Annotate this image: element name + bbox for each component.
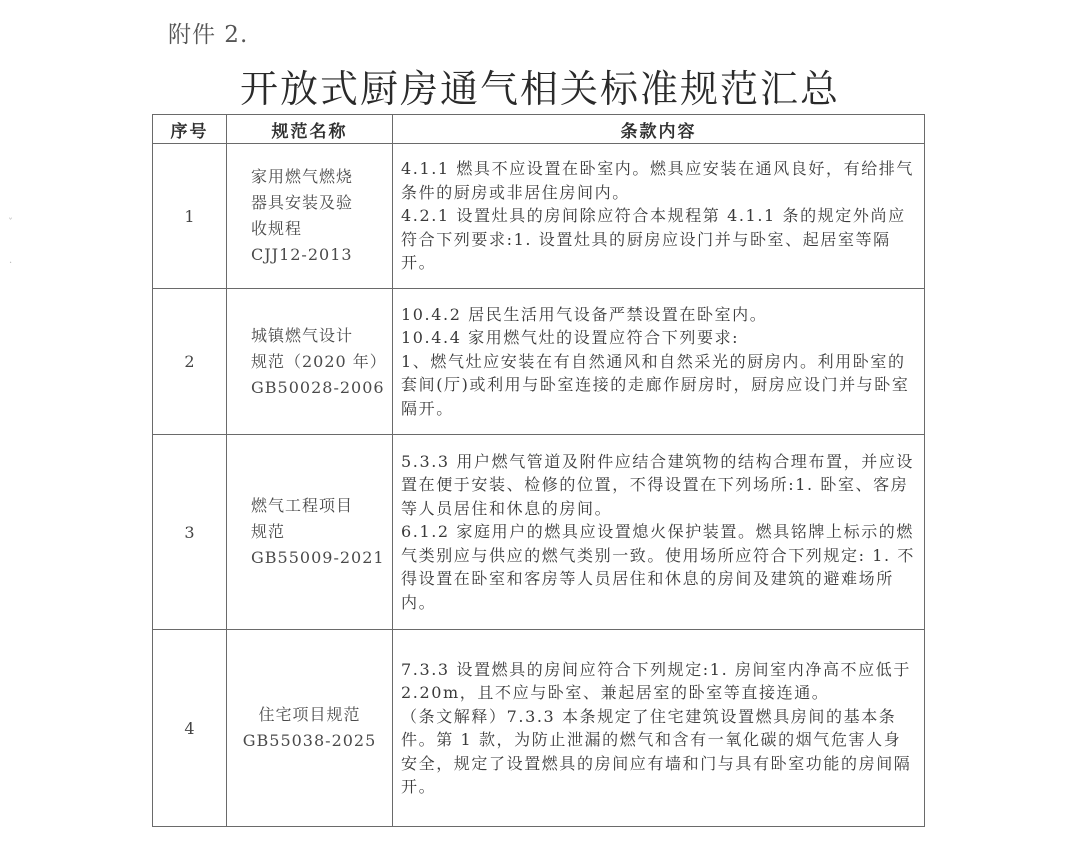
clause-paragraph: 7.3.3 设置燃具的房间应符合下列规定:1. 房间室内净高不应低于 2.20m… [401,658,916,705]
standard-name-cell: 家用燃气燃烧 器具安装及验 收规程 CJJ12-2013 [227,144,393,289]
table-row: 1 家用燃气燃烧 器具安装及验 收规程 CJJ12-2013 4.1.1 燃具不… [153,144,925,289]
standard-code: GB50028-2006 [251,375,386,401]
header-clause-content: 条款内容 [393,115,925,144]
standard-code: CJJ12-2013 [251,242,386,268]
standard-name-cell: 城镇燃气设计 规范（2020 年） GB50028-2006 [227,289,393,435]
table-row: 2 城镇燃气设计 规范（2020 年） GB50028-2006 10.4.2 … [153,289,925,435]
document-title: 开放式厨房通气相关标准规范汇总 [150,58,930,113]
clause-content-cell: 4.1.1 燃具不应设置在卧室内。燃具应安装在通风良好，有给排气条件的厨房或非居… [393,144,925,289]
standard-name-cell: 燃气工程项目 规范 GB55009-2021 [227,435,393,630]
row-number: 2 [153,289,227,435]
clause-paragraph: 4.2.1 设置灶具的房间除应符合本规程第 4.1.1 条的规定外尚应符合下列要… [401,204,916,275]
table-row: 3 燃气工程项目 规范 GB55009-2021 5.3.3 用户燃气管道及附件… [153,435,925,630]
row-number: 1 [153,144,227,289]
standard-name-line: 燃气工程项目 [251,493,386,519]
scan-mark: · [9,258,12,269]
clause-paragraph: 5.3.3 用户燃气管道及附件应结合建筑物的结构合理布置，并应设置在便于安装、检… [401,450,916,521]
standard-name-line: 规范（2020 年） [251,349,386,375]
standard-name-line: 规范 [251,519,386,545]
clause-content-cell: 7.3.3 设置燃具的房间应符合下列规定:1. 房间室内净高不应低于 2.20m… [393,630,925,827]
clause-content-cell: 5.3.3 用户燃气管道及附件应结合建筑物的结构合理布置，并应设置在便于安装、检… [393,435,925,630]
standards-table: 序号 规范名称 条款内容 1 家用燃气燃烧 器具安装及验 收规程 CJJ12-2… [152,114,925,827]
standard-name-line: 住宅项目规范 [227,702,392,728]
clause-paragraph: 1、燃气灶应安装在有自然通风和自然采光的厨房内。利用卧室的套间(厅)或利用与卧室… [401,350,916,421]
header-standard-name: 规范名称 [227,115,393,144]
scan-mark: ˇ [8,218,13,229]
clause-paragraph: 10.4.4 家用燃气灶的设置应符合下列要求: [401,326,916,350]
clause-paragraph: （条文解释）7.3.3 本条规定了住宅建筑设置燃具房间的基本条件。第 1 款，为… [401,705,916,799]
row-number: 3 [153,435,227,630]
standard-code: GB55009-2021 [251,545,386,571]
header-serial-number: 序号 [153,115,227,144]
clause-paragraph: 6.1.2 家庭用户的燃具应设置熄火保护装置。燃具铭牌上标示的燃气类别应与供应的… [401,520,916,614]
standard-name-line: 收规程 [251,216,386,242]
standard-name-line: 家用燃气燃烧 [251,164,386,190]
standard-name-cell: 住宅项目规范 GB55038-2025 [227,630,393,827]
standard-code: GB55038-2025 [227,728,392,754]
standard-name-line: 城镇燃气设计 [251,323,386,349]
clause-paragraph: 4.1.1 燃具不应设置在卧室内。燃具应安装在通风良好，有给排气条件的厨房或非居… [401,157,916,204]
attachment-label: 附件 2. [168,16,248,49]
row-number: 4 [153,630,227,827]
standard-name-line: 器具安装及验 [251,190,386,216]
clause-paragraph: 10.4.2 居民生活用气设备严禁设置在卧室内。 [401,303,916,327]
table-row: 4 住宅项目规范 GB55038-2025 7.3.3 设置燃具的房间应符合下列… [153,630,925,827]
clause-content-cell: 10.4.2 居民生活用气设备严禁设置在卧室内。 10.4.4 家用燃气灶的设置… [393,289,925,435]
table-header-row: 序号 规范名称 条款内容 [153,115,925,144]
